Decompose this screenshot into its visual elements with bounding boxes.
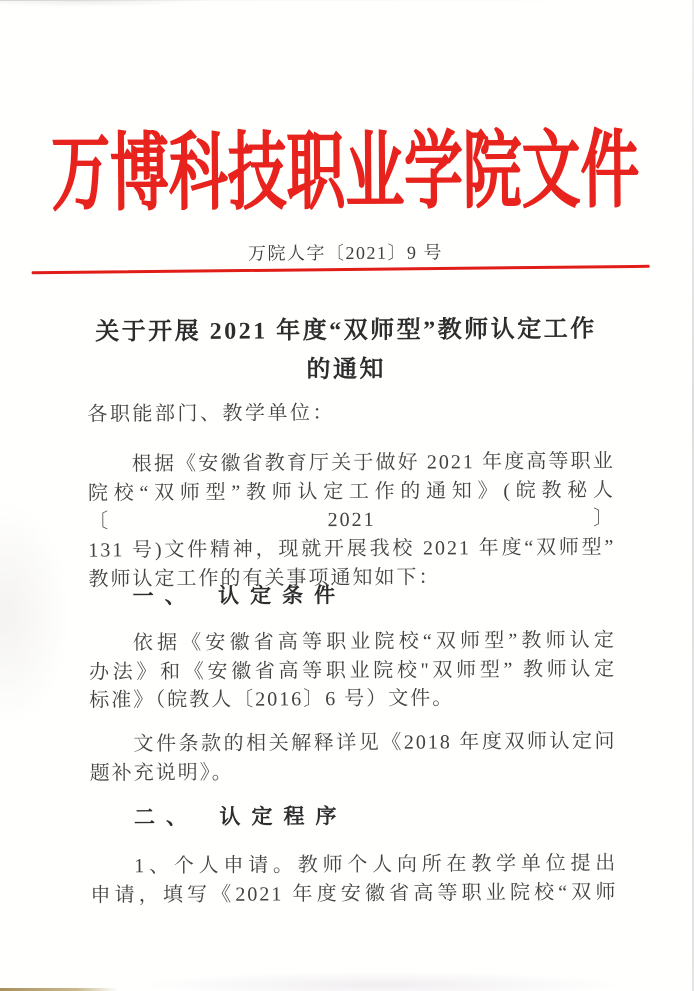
letterhead-divider-line [32,265,650,275]
text-line: 办法》和《安徽省高等职业院校"双师型” 教师认定 [89,655,616,687]
section-heading-2: 二、 认定程序 [90,800,617,832]
paragraph-supplement: 文件条款的相关解释详见《2018 年度双师认定问 题补充说明》。 [89,727,616,788]
text-line: 根据《安徽省教育厅关于做好 2021 年度高等职业 [88,447,615,479]
text-line: 标准》（皖教人〔2016〕6 号）文件。 [89,684,616,716]
document-content: 万博科技职业学院文件 万院人字〔2021〕9 号 关于开展 2021 年度“双师… [0,0,694,991]
text-line: 院校“双师型”教师认定工作的通知》(皖教秘人〔2021〕 [88,476,615,537]
salutation: 各职能部门、教学单位： [87,400,335,428]
section-heading-1: 一、 认定条件 [89,579,616,611]
text-line: 131 号)文件精神，现就开展我校 2021 年度“双师型” [88,533,615,565]
document-title-line-2: 的通知 [0,349,693,392]
scan-edge-top [0,0,694,1]
text-line: 申请，填写《2021 年度安徽省高等职业院校“双师 [90,878,617,910]
text-line: 题补充说明》。 [90,756,617,788]
paragraph-procedure: 1、个人申请。教师个人向所在教学单位提出 申请，填写《2021 年度安徽省高等职… [90,849,617,910]
text-line: 依据《安徽省高等职业院校“双师型”教师认定 [89,626,616,658]
document-number: 万院人字〔2021〕9 号 [0,241,693,265]
paragraph-basis: 根据《安徽省教育厅关于做好 2021 年度高等职业 院校“双师型”教师认定工作的… [88,447,616,594]
document-title: 关于开展 2021 年度“双师型”教师认定工作 的通知 [0,310,693,392]
text-line: 文件条款的相关解释详见《2018 年度双师认定问 [89,727,616,759]
document-title-line-1: 关于开展 2021 年度“双师型”教师认定工作 [0,310,693,353]
scanned-document-page: 万博科技职业学院文件 万院人字〔2021〕9 号 关于开展 2021 年度“双师… [0,0,694,991]
paragraph-criteria: 依据《安徽省高等职业院校“双师型”教师认定 办法》和《安徽省高等职业院校"双师型… [89,626,617,715]
letterhead-title: 万博科技职业学院文件 [5,128,686,217]
text-line: 1、个人申请。教师个人向所在教学单位提出 [90,849,617,881]
